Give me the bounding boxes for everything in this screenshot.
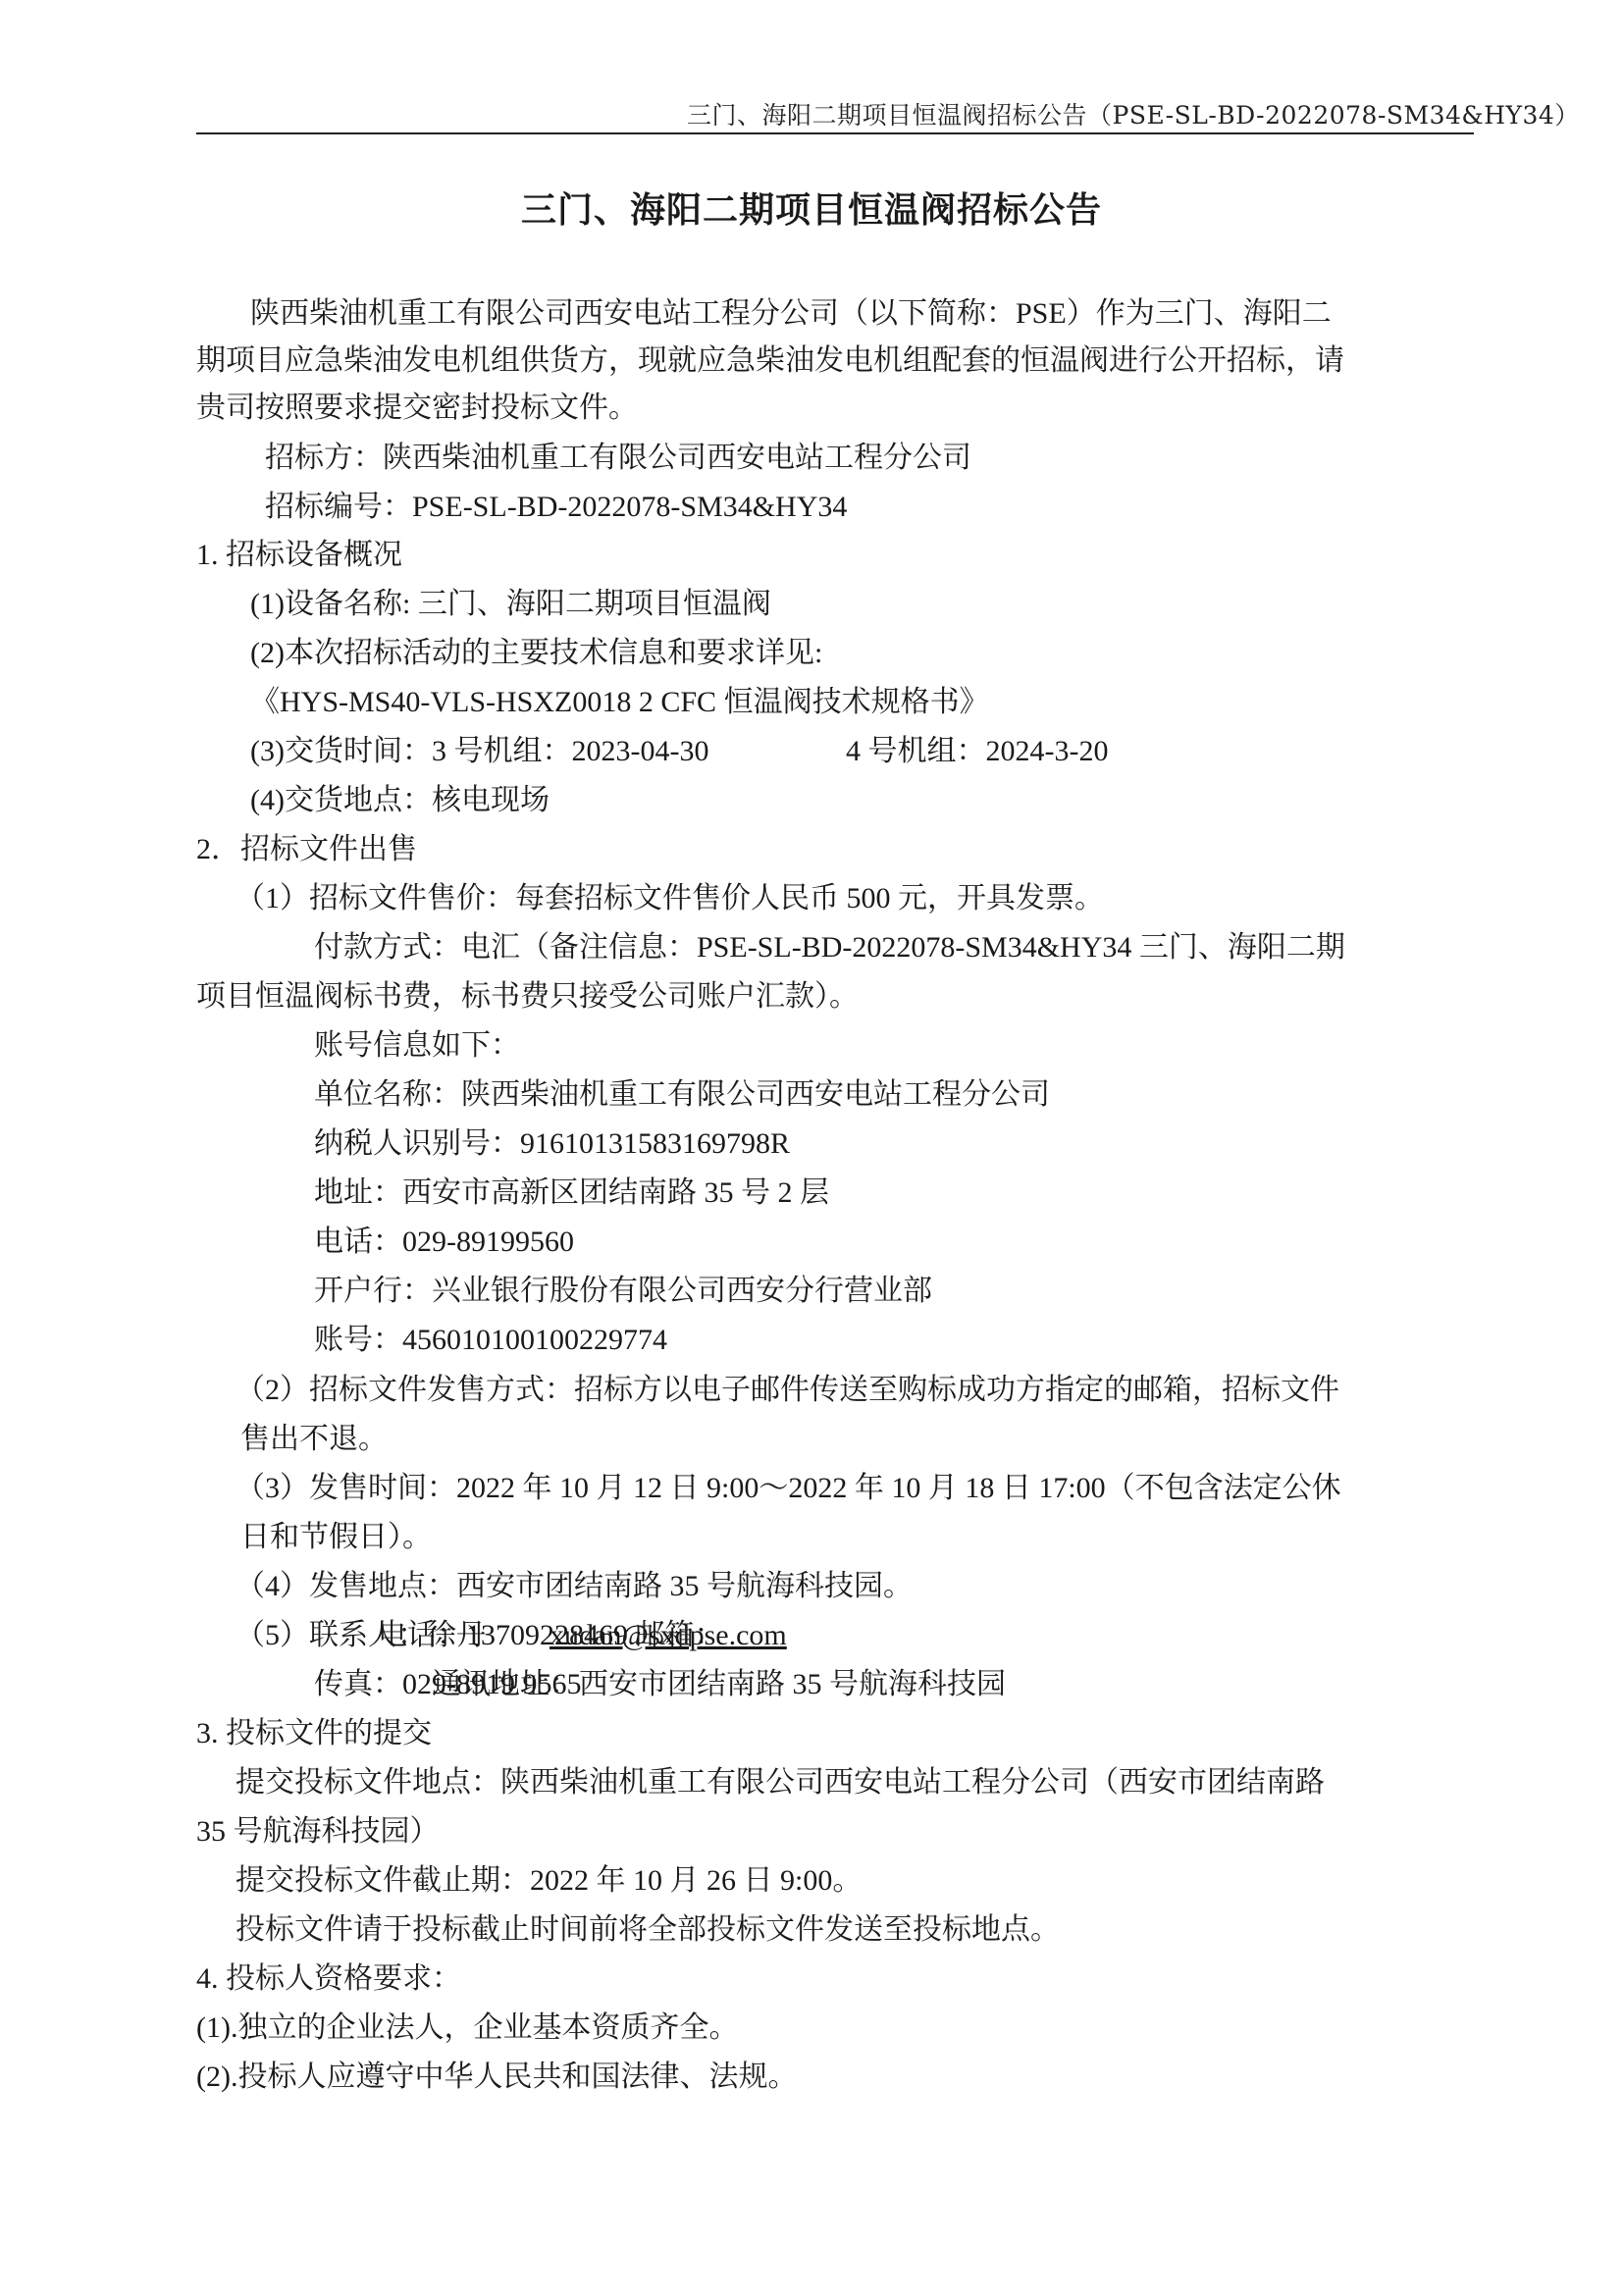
intro-line-3: 贵司按照要求提交密封投标文件。 <box>196 389 638 428</box>
qualification-1: (1).独立的企业法人，企业基本资质齐全。 <box>196 2009 738 2048</box>
account-company: 单位名称：陕西柴油机重工有限公司西安电站工程分公司 <box>314 1075 1050 1115</box>
account-intro: 账号信息如下： <box>314 1026 520 1066</box>
equipment-name: (1)设备名称: 三门、海阳二期项目恒温阀 <box>250 585 771 624</box>
delivery-time-unit4: 4 号机组：2024-3-20 <box>846 732 1108 771</box>
section-4-heading: 4. 投标人资格要求： <box>196 1959 461 1999</box>
submission-place-line-2: 35 号航海科技园） <box>196 1812 440 1852</box>
submission-deadline: 提交投标文件截止期：2022 年 10 月 26 日 9:00。 <box>236 1861 862 1901</box>
payment-line-1: 付款方式：电汇（备注信息：PSE-SL-BD-2022078-SM34&HY34… <box>314 928 1345 967</box>
section-3-heading: 3. 投标文件的提交 <box>196 1714 432 1753</box>
header-divider <box>196 132 1474 134</box>
tender-number: 招标编号：PSE-SL-BD-2022078-SM34&HY34 <box>265 488 847 527</box>
tech-info: (2)本次招标活动的主要技术信息和要求详见: <box>250 634 822 673</box>
running-header: 三门、海阳二期项目恒温阀招标公告（PSE-SL-BD-2022078-SM34&… <box>687 96 1580 131</box>
sale-method-line-2: 售出不退。 <box>240 1420 388 1459</box>
document-title: 三门、海阳二期项目恒温阀招标公告 <box>0 183 1623 233</box>
intro-line-1: 陕西柴油机重工有限公司西安电站工程分公司（以下简称：PSE）作为三门、海阳二 <box>250 294 1332 334</box>
intro-line-2: 期项目应急柴油发电机组供货方，现就应急柴油发电机组配套的恒温阀进行公开招标，请 <box>196 341 1344 381</box>
section-2-heading: 2．招标文件出售 <box>196 830 417 869</box>
document-price: （1）招标文件售价：每套招标文件售价人民币 500 元，开具发票。 <box>236 879 1104 918</box>
account-phone: 电话：029-89199560 <box>314 1223 574 1262</box>
tenderer: 招标方：陕西柴油机重工有限公司西安电站工程分公司 <box>265 439 971 478</box>
submission-note: 投标文件请于投标截止时间前将全部投标文件发送至投标地点。 <box>236 1910 1060 1950</box>
payment-line-2: 项目恒温阀标书费，标书费只接受公司账户汇款）。 <box>196 977 859 1017</box>
delivery-time-unit3: (3)交货时间：3 号机组：2023-04-30 <box>250 732 708 771</box>
sale-place: （4）发售地点：西安市团结南路 35 号航海科技园。 <box>236 1567 913 1606</box>
section-1-heading: 1. 招标设备概况 <box>196 536 402 575</box>
sale-method-line-1: （2）招标文件发售方式：招标方以电子邮件传送至购标成功方指定的邮箱，招标文件 <box>236 1371 1339 1410</box>
account-bank: 开户行：兴业银行股份有限公司西安分行营业部 <box>314 1272 932 1311</box>
submission-place-line-1: 提交投标文件地点：陕西柴油机重工有限公司西安电站工程分公司（西安市团结南路 <box>236 1763 1325 1802</box>
account-number: 账号：456010100100229774 <box>314 1321 667 1360</box>
tech-spec-doc: 《HYS-MS40-VLS-HSXZ0018 2 CFC 恒温阀技术规格书》 <box>250 683 989 722</box>
qualification-2: (2).投标人应遵守中华人民共和国法律、法规。 <box>196 2058 797 2097</box>
contact-mail-address: 通讯地址：西安市团结南路 35 号航海科技园 <box>432 1665 1006 1704</box>
account-address: 地址：西安市高新区团结南路 35 号 2 层 <box>314 1174 829 1213</box>
sale-time-line-1: （3）发售时间：2022 年 10 月 12 日 9:00～2022 年 10 … <box>236 1469 1341 1508</box>
sale-time-line-2: 日和节假日）。 <box>240 1518 432 1557</box>
account-tax-id: 纳税人识别号：91610131583169798R <box>314 1124 790 1164</box>
contact-email-link[interactable]: xudan@sxdpse.com <box>550 1616 787 1655</box>
delivery-place: (4)交货地点：核电现场 <box>250 781 550 820</box>
